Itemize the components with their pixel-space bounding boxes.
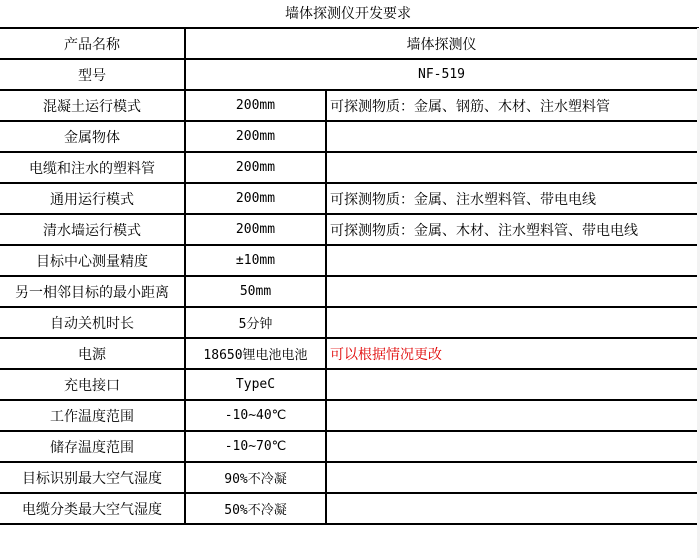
row-note xyxy=(326,369,698,400)
table-row-model: 型号 NF-519 xyxy=(0,59,698,90)
table-row: 目标识别最大空气湿度 90%不冷凝 xyxy=(0,462,698,493)
table-row: 储存温度范围 -10~70℃ xyxy=(0,431,698,462)
row-value: -10~40℃ xyxy=(185,400,326,431)
row-value: 200mm xyxy=(185,183,326,214)
table-row: 自动关机时长 5分钟 xyxy=(0,307,698,338)
row-label: 充电接口 xyxy=(0,369,185,400)
row-value: -10~70℃ xyxy=(185,431,326,462)
table-row: 金属物体 200mm xyxy=(0,121,698,152)
row-label: 另一相邻目标的最小距离 xyxy=(0,276,185,307)
row-note-highlight: 可以根据情况更改 xyxy=(326,338,698,369)
table-row: 另一相邻目标的最小距离 50mm xyxy=(0,276,698,307)
row-label: 电源 xyxy=(0,338,185,369)
table-row: 清水墙运行模式 200mm 可探测物质：金属、木材、注水塑料管、带电电线 xyxy=(0,214,698,245)
row-note xyxy=(326,121,698,152)
row-value: 5分钟 xyxy=(185,307,326,338)
row-label: 清水墙运行模式 xyxy=(0,214,185,245)
table-row: 工作温度范围 -10~40℃ xyxy=(0,400,698,431)
row-note: 可探测物质：金属、钢筋、木材、注水塑料管 xyxy=(326,90,698,121)
row-note: 可探测物质：金属、木材、注水塑料管、带电电线 xyxy=(326,214,698,245)
row-label: 金属物体 xyxy=(0,121,185,152)
row-value: ±10mm xyxy=(185,245,326,276)
table-row-product-name: 产品名称 墙体探测仪 xyxy=(0,28,698,59)
row-note xyxy=(326,431,698,462)
row-label: 产品名称 xyxy=(0,28,185,59)
row-label: 通用运行模式 xyxy=(0,183,185,214)
row-note xyxy=(326,152,698,183)
row-label: 自动关机时长 xyxy=(0,307,185,338)
row-label: 电缆分类最大空气湿度 xyxy=(0,493,185,524)
spec-table: 产品名称 墙体探测仪 型号 NF-519 混凝土运行模式 200mm 可探测物质… xyxy=(0,27,699,525)
row-label: 目标识别最大空气湿度 xyxy=(0,462,185,493)
row-value: 200mm xyxy=(185,214,326,245)
row-label: 工作温度范围 xyxy=(0,400,185,431)
row-label: 目标中心测量精度 xyxy=(0,245,185,276)
row-label: 混凝土运行模式 xyxy=(0,90,185,121)
row-label: 电缆和注水的塑料管 xyxy=(0,152,185,183)
table-row: 电缆和注水的塑料管 200mm xyxy=(0,152,698,183)
table-row-power: 电源 18650锂电池电池 可以根据情况更改 xyxy=(0,338,698,369)
row-value: 墙体探测仪 xyxy=(185,28,698,59)
row-value: 90%不冷凝 xyxy=(185,462,326,493)
row-note xyxy=(326,400,698,431)
row-note: 可探测物质：金属、注水塑料管、带电电线 xyxy=(326,183,698,214)
row-label: 型号 xyxy=(0,59,185,90)
document-title: 墙体探测仪开发要求 xyxy=(0,0,696,28)
row-note xyxy=(326,276,698,307)
row-value: NF-519 xyxy=(185,59,698,90)
row-value: 50mm xyxy=(185,276,326,307)
row-value: 50%不冷凝 xyxy=(185,493,326,524)
row-note xyxy=(326,307,698,338)
row-value: 200mm xyxy=(185,152,326,183)
row-value: TypeC xyxy=(185,369,326,400)
row-note xyxy=(326,493,698,524)
row-label: 储存温度范围 xyxy=(0,431,185,462)
row-value: 200mm xyxy=(185,90,326,121)
row-value: 18650锂电池电池 xyxy=(185,338,326,369)
table-row: 充电接口 TypeC xyxy=(0,369,698,400)
table-row: 目标中心测量精度 ±10mm xyxy=(0,245,698,276)
row-note xyxy=(326,462,698,493)
table-row: 通用运行模式 200mm 可探测物质：金属、注水塑料管、带电电线 xyxy=(0,183,698,214)
table-row: 电缆分类最大空气湿度 50%不冷凝 xyxy=(0,493,698,524)
row-note xyxy=(326,245,698,276)
table-row: 混凝土运行模式 200mm 可探测物质：金属、钢筋、木材、注水塑料管 xyxy=(0,90,698,121)
row-value: 200mm xyxy=(185,121,326,152)
